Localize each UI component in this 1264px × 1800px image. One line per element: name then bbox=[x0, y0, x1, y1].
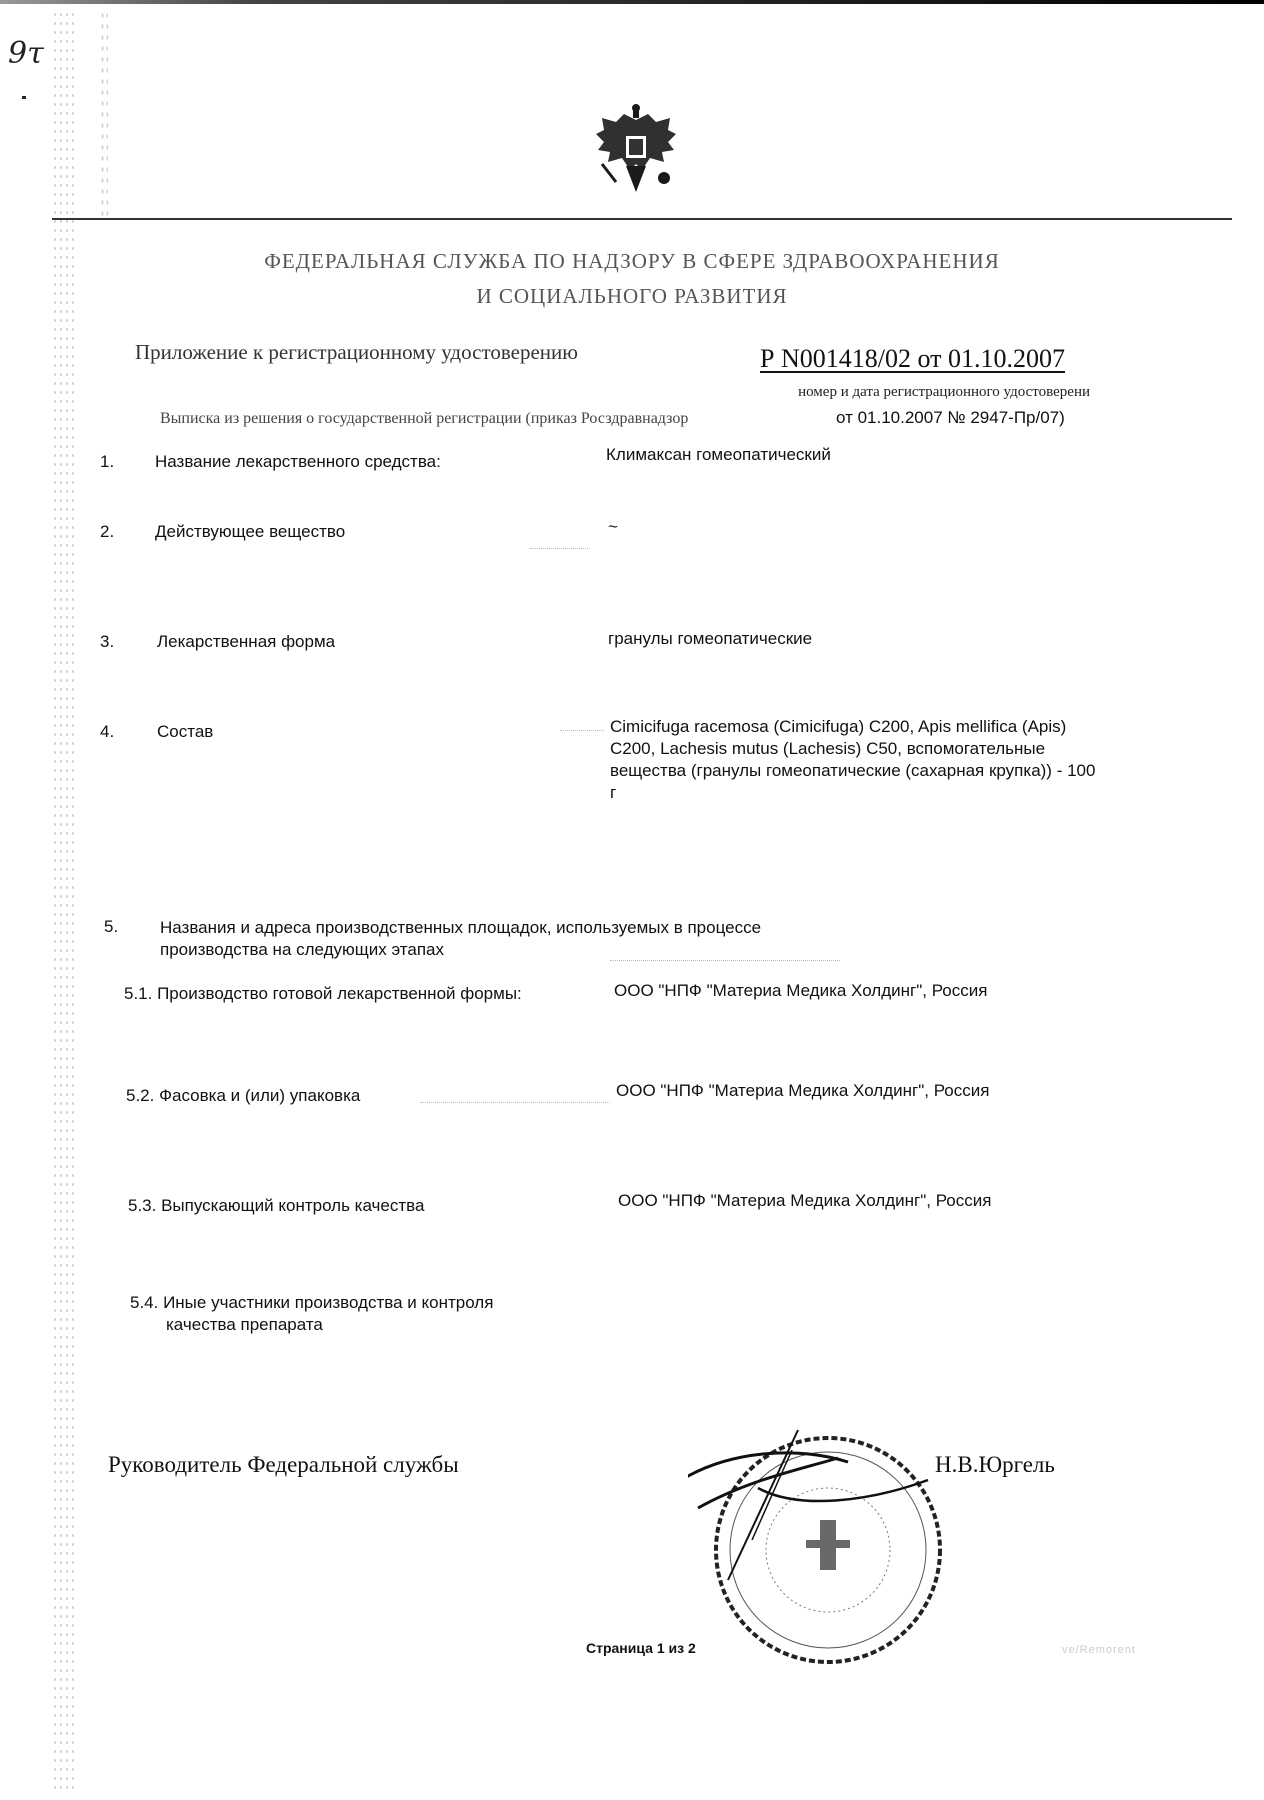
label-line: качества препарата bbox=[130, 1314, 493, 1336]
label-line: 5.4. Иные участники производства и контр… bbox=[130, 1292, 493, 1314]
item-label-active-substance: Действующее вещество bbox=[155, 522, 345, 542]
item-number: 4. bbox=[100, 722, 114, 742]
item-value-composition: Cimicifuga racemosa (Cimicifuga) C200, A… bbox=[610, 716, 1095, 804]
subitem-value-quality-control: ООО "НПФ "Материа Медика Холдинг", Росси… bbox=[618, 1190, 991, 1212]
scan-dotted-line bbox=[420, 1102, 610, 1104]
registration-number: Р N001418/02 от 01.10.2007 bbox=[760, 344, 1065, 374]
subitem-label-manufacturing: 5.1. Производство готовой лекарственной … bbox=[124, 984, 522, 1004]
subitem-label-quality-control: 5.3. Выпускающий контроль качества bbox=[128, 1196, 424, 1216]
item-number: 1. bbox=[100, 452, 114, 472]
scan-dotted-line bbox=[530, 548, 590, 550]
faint-scan-text: ve/Remorent bbox=[1062, 1644, 1136, 1656]
item-label-composition: Состав bbox=[157, 722, 213, 742]
composition-line: г bbox=[610, 782, 1095, 804]
agency-name-line2: И СОЦИАЛЬНОГО РАЗВИТИЯ bbox=[0, 284, 1264, 309]
item-value-drug-name: Климаксан гомеопатический bbox=[606, 444, 831, 466]
scan-dotted-line bbox=[610, 960, 840, 962]
item-value-active-substance: ~ bbox=[608, 516, 618, 538]
label-line: Названия и адреса производственных площа… bbox=[160, 917, 761, 939]
subitem-value-manufacturing: ООО "НПФ "Материа Медика Холдинг", Росси… bbox=[614, 980, 987, 1002]
page-indicator: Страница 1 из 2 bbox=[586, 1640, 696, 1656]
composition-line: C200, Lachesis mutus (Lachesis) C50, всп… bbox=[610, 738, 1095, 760]
header-rule bbox=[52, 218, 1232, 220]
subitem-label-other-participants: 5.4. Иные участники производства и контр… bbox=[130, 1292, 493, 1336]
item-number: 2. bbox=[100, 522, 114, 542]
decision-extract: Выписка из решения о государственной рег… bbox=[160, 410, 688, 428]
subitem-label-packaging: 5.2. Фасовка и (или) упаковка bbox=[126, 1086, 360, 1106]
item-value-dosage-form: гранулы гомеопатические bbox=[608, 628, 812, 650]
subitem-value-packaging: ООО "НПФ "Материа Медика Холдинг", Росси… bbox=[616, 1080, 989, 1102]
scan-top-edge bbox=[0, 0, 1264, 4]
item-number: 5. bbox=[104, 917, 118, 937]
composition-line: Cimicifuga racemosa (Cimicifuga) C200, A… bbox=[610, 716, 1095, 738]
appendix-title: Приложение к регистрационному удостовере… bbox=[135, 340, 578, 365]
decision-order-reference: от 01.10.2007 № 2947-Пр/07) bbox=[836, 408, 1065, 428]
signatory-name: Н.В.Юргель bbox=[935, 1452, 1055, 1478]
official-seal-icon bbox=[688, 1410, 948, 1670]
signatory-title: Руководитель Федеральной службы bbox=[108, 1452, 459, 1478]
item-number: 3. bbox=[100, 632, 114, 652]
double-headed-eagle-icon bbox=[586, 100, 686, 200]
agency-name-line1: ФЕДЕРАЛЬНАЯ СЛУЖБА ПО НАДЗОРУ В СФЕРЕ ЗД… bbox=[0, 249, 1264, 274]
item-label-production-sites: Названия и адреса производственных площа… bbox=[160, 917, 761, 961]
composition-line: вещества (гранулы гомеопатические (сахар… bbox=[610, 760, 1095, 782]
scan-margin-noise bbox=[100, 10, 108, 220]
registration-caption: номер и дата регистрационного удостовере… bbox=[760, 384, 1090, 401]
scan-dotted-line bbox=[560, 730, 604, 732]
item-label-drug-name: Название лекарственного средства: bbox=[155, 452, 441, 472]
handwritten-page-number: 9τ bbox=[8, 36, 44, 71]
scan-margin-noise bbox=[52, 10, 74, 1790]
label-line: производства на следующих этапах bbox=[160, 939, 761, 961]
handwritten-mark bbox=[22, 96, 26, 99]
item-label-dosage-form: Лекарственная форма bbox=[157, 632, 335, 652]
